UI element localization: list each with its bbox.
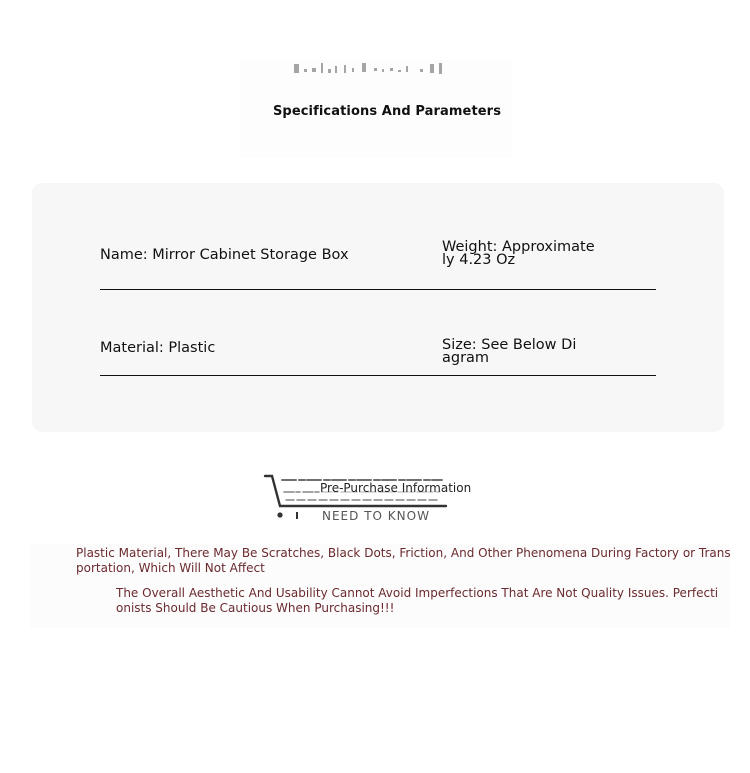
notice-paragraph-1: Plastic Material, There May Be Scratches… <box>76 546 731 576</box>
shopping-cart-icon: NEED TO KNOW <box>262 470 452 526</box>
notice-paragraph-2-line2: onists Should Be Cautious When Purchasin… <box>116 601 718 616</box>
spec-size-line2: agram <box>442 352 576 365</box>
spec-name: Name: Mirror Cabinet Storage Box <box>100 247 349 264</box>
divider-row-1 <box>100 289 656 290</box>
pre-purchase-heading: Pre-Purchase Information <box>320 481 471 495</box>
faded-title-graphic <box>294 60 454 82</box>
notice-paragraph-2-line1: The Overall Aesthetic And Usability Cann… <box>116 586 718 601</box>
section-title: Specifications And Parameters <box>240 104 534 119</box>
spec-weight: Weight: Approximate ly 4.23 Oz <box>442 241 595 267</box>
spec-weight-line2: ly 4.23 Oz <box>442 254 595 267</box>
notice-paragraph-2: The Overall Aesthetic And Usability Cann… <box>116 586 718 616</box>
notice-paragraph-1-line1: Plastic Material, There May Be Scratches… <box>76 546 731 561</box>
spec-material: Material: Plastic <box>100 340 215 357</box>
notice-paragraph-1-line2: portation, Which Will Not Affect <box>76 561 731 576</box>
divider-row-2 <box>100 375 656 376</box>
svg-text:NEED TO KNOW: NEED TO KNOW <box>322 509 430 523</box>
spec-card <box>32 183 724 432</box>
spec-size: Size: See Below Di agram <box>442 339 576 365</box>
